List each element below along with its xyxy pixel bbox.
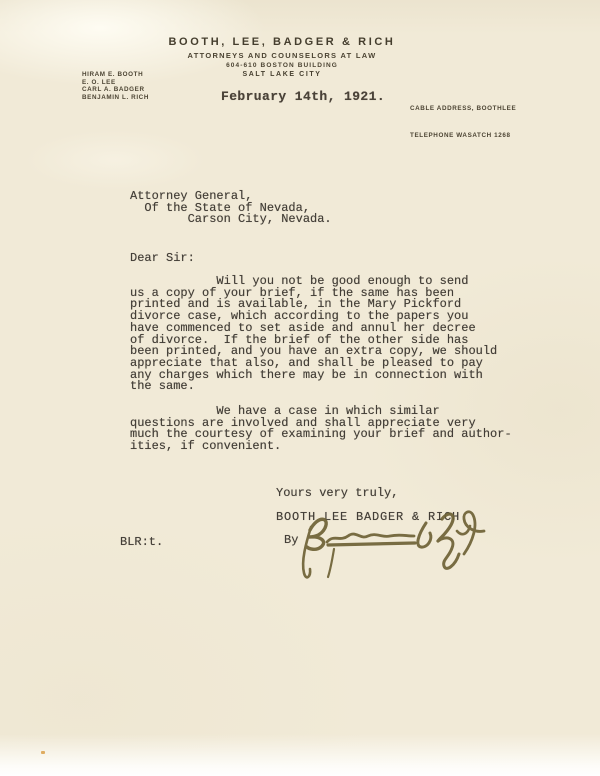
- firm-name: BOOTH, LEE, BADGER & RICH: [0, 36, 564, 48]
- partner-list: HIRAM E. BOOTH E. O. LEE CARL A. BADGER …: [82, 71, 149, 102]
- letterhead-building: 604-610 BOSTON BUILDING: [0, 62, 564, 69]
- body-paragraph-2: We have a case in which similar question…: [130, 406, 512, 453]
- signature: [294, 505, 500, 587]
- cable-address: CABLE ADDRESS, BOOTHLEE: [410, 104, 516, 113]
- telephone-number: TELEPHONE WASATCH 1268: [410, 131, 516, 140]
- letterhead-subtitle: ATTORNEYS AND COUNSELORS AT LAW: [0, 51, 564, 60]
- body-paragraph-1: Will you not be good enough to send us a…: [130, 276, 497, 393]
- valediction: Yours very truly,: [276, 486, 398, 500]
- typist-reference: BLR:t.: [120, 535, 163, 549]
- salutation: Dear Sir:: [130, 251, 195, 265]
- recipient-address: Attorney General, Of the State of Nevada…: [130, 191, 332, 226]
- letter-date: February 14th, 1921.: [221, 89, 385, 104]
- letter-page: BOOTH, LEE, BADGER & RICH ATTORNEYS AND …: [0, 0, 600, 776]
- cable-telephone-block: CABLE ADDRESS, BOOTHLEE TELEPHONE WASATC…: [410, 86, 516, 158]
- paper-speck: [41, 751, 45, 754]
